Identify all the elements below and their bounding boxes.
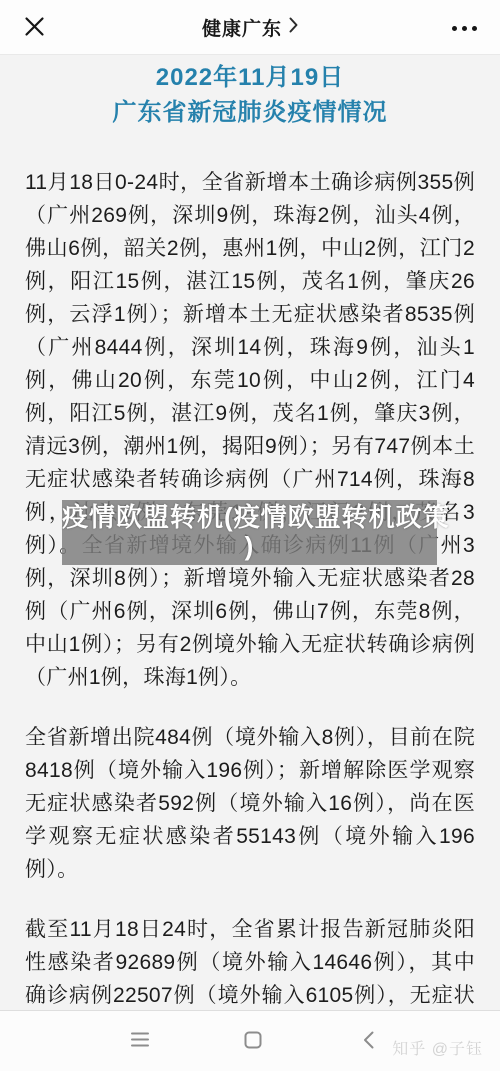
account-title-label: 健康广东 [202, 14, 282, 41]
back-button[interactable] [345, 1018, 391, 1064]
three-dots-icon [452, 26, 477, 31]
article-title-heading: 广东省新冠肺炎疫情情况 [25, 99, 475, 127]
chevron-right-icon [289, 17, 298, 38]
close-button[interactable] [14, 8, 54, 48]
recents-menu-button[interactable] [117, 1018, 163, 1064]
watermark-overlay: 疫情欧盟转机(疫情欧盟转机政策 ) [62, 500, 437, 565]
topbar: 健康广东 [0, 0, 500, 55]
more-button[interactable] [442, 8, 486, 48]
watermark-credit: 知乎 @子钰 [392, 1036, 483, 1059]
hamburger-menu-icon [131, 1032, 149, 1050]
paragraph-discharged-cases: 全省新增出院484例（境外输入8例），目前在院8418例（境外输入196例）；新… [25, 721, 475, 886]
home-square-icon [244, 1031, 262, 1052]
app-screen: 健康广东 2022年11月19日 广东省新冠肺炎疫情情况 11月18日0-24时… [0, 0, 500, 1071]
chevron-back-icon [363, 1031, 374, 1052]
home-button[interactable] [230, 1018, 276, 1064]
android-navbar: 知乎 @子钰 [0, 1010, 500, 1071]
watermark-overlay-line1: 疫情欧盟转机(疫情欧盟转机政策 [62, 503, 437, 532]
article-date-heading: 2022年11月19日 [25, 64, 475, 92]
close-icon [24, 16, 45, 40]
watermark-overlay-line2: ) [62, 532, 437, 561]
paragraph-new-local-cases: 11月18日0-24时，全省新增本土确诊病例355例（广州269例，深圳9例，珠… [25, 166, 475, 694]
account-title[interactable]: 健康广东 [202, 0, 298, 55]
